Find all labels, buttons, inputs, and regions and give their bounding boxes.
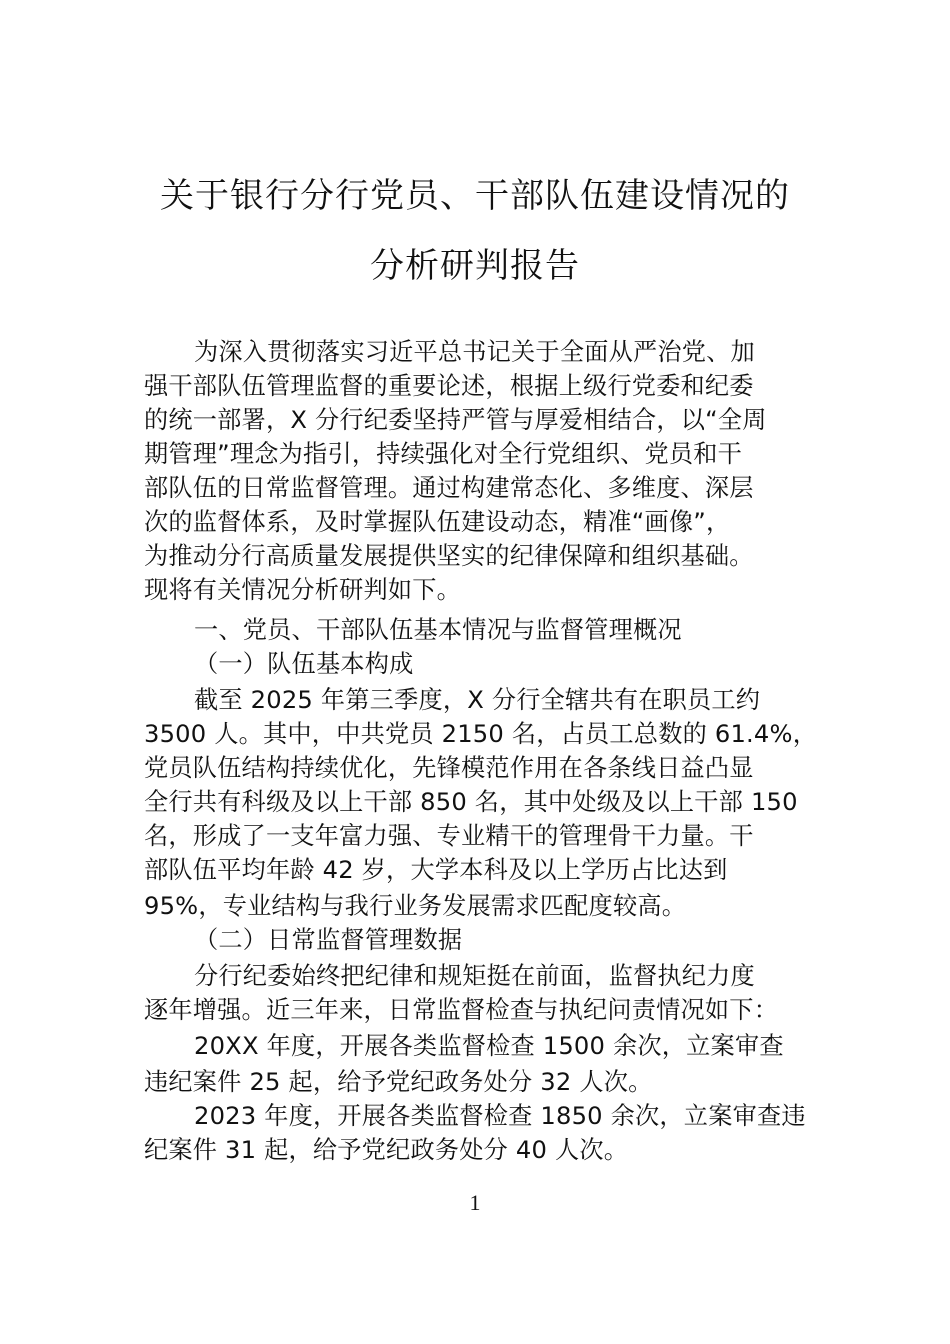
body-line: 纪案件 31 起，给予党纪政务处分 40 人次。 xyxy=(144,1134,814,1166)
body-line: 分行纪委始终把纪律和规矩挺在前面，监督执纪力度 xyxy=(194,960,864,992)
document-page: 关于银行分行党员、干部队伍建设情况的 分析研判报告 为深入贯彻落实习近平总书记关… xyxy=(0,0,950,1344)
body-line: 20XX 年度，开展各类监督检查 1500 余次，立案审查 xyxy=(194,1030,864,1062)
body-line: 名，形成了一支年富力强、专业精干的管理骨干力量。干 xyxy=(144,820,814,852)
body-line: 截至 2025 年第三季度，X 分行全辖共有在职员工约 xyxy=(194,684,864,716)
body-line: 3500 人。其中，中共党员 2150 名，占员工总数的 61.4%， xyxy=(144,718,814,750)
subsection-heading: （二）日常监督管理数据 xyxy=(194,924,864,956)
body-line: 现将有关情况分析研判如下。 xyxy=(144,574,814,606)
page-number: 1 xyxy=(0,1190,950,1216)
document-title-line-2: 分析研判报告 xyxy=(0,246,950,286)
body-line: 期管理”理念为指引，持续强化对全行党组织、党员和干 xyxy=(144,438,814,470)
body-line: 违纪案件 25 起，给予党纪政务处分 32 人次。 xyxy=(144,1066,814,1098)
body-line: 95%，专业结构与我行业务发展需求匹配度较高。 xyxy=(144,890,814,922)
body-line: 2023 年度，开展各类监督检查 1850 余次，立案审查违 xyxy=(194,1100,864,1132)
body-line: 部队伍平均年龄 42 岁，大学本科及以上学历占比达到 xyxy=(144,854,814,886)
body-line: 次的监督体系，及时掌握队伍建设动态，精准“画像”， xyxy=(144,506,814,538)
body-line: 的统一部署，X 分行纪委坚持严管与厚爱相结合，以“全周 xyxy=(144,404,814,436)
body-line: 为推动分行高质量发展提供坚实的纪律保障和组织基础。 xyxy=(144,540,814,572)
body-line: 部队伍的日常监督管理。通过构建常态化、多维度、深层 xyxy=(144,472,814,504)
body-line: 逐年增强。近三年来，日常监督检查与执纪问责情况如下： xyxy=(144,994,814,1026)
body-line: 为深入贯彻落实习近平总书记关于全面从严治党、加 xyxy=(194,336,864,368)
body-line: 党员队伍结构持续优化，先锋模范作用在各条线日益凸显 xyxy=(144,752,814,784)
section-heading: 一、党员、干部队伍基本情况与监督管理概况 xyxy=(194,614,864,646)
body-line: 强干部队伍管理监督的重要论述，根据上级行党委和纪委 xyxy=(144,370,814,402)
document-title-line-1: 关于银行分行党员、干部队伍建设情况的 xyxy=(0,176,950,216)
subsection-heading: （一）队伍基本构成 xyxy=(194,648,864,680)
body-line: 全行共有科级及以上干部 850 名，其中处级及以上干部 150 xyxy=(144,786,814,818)
